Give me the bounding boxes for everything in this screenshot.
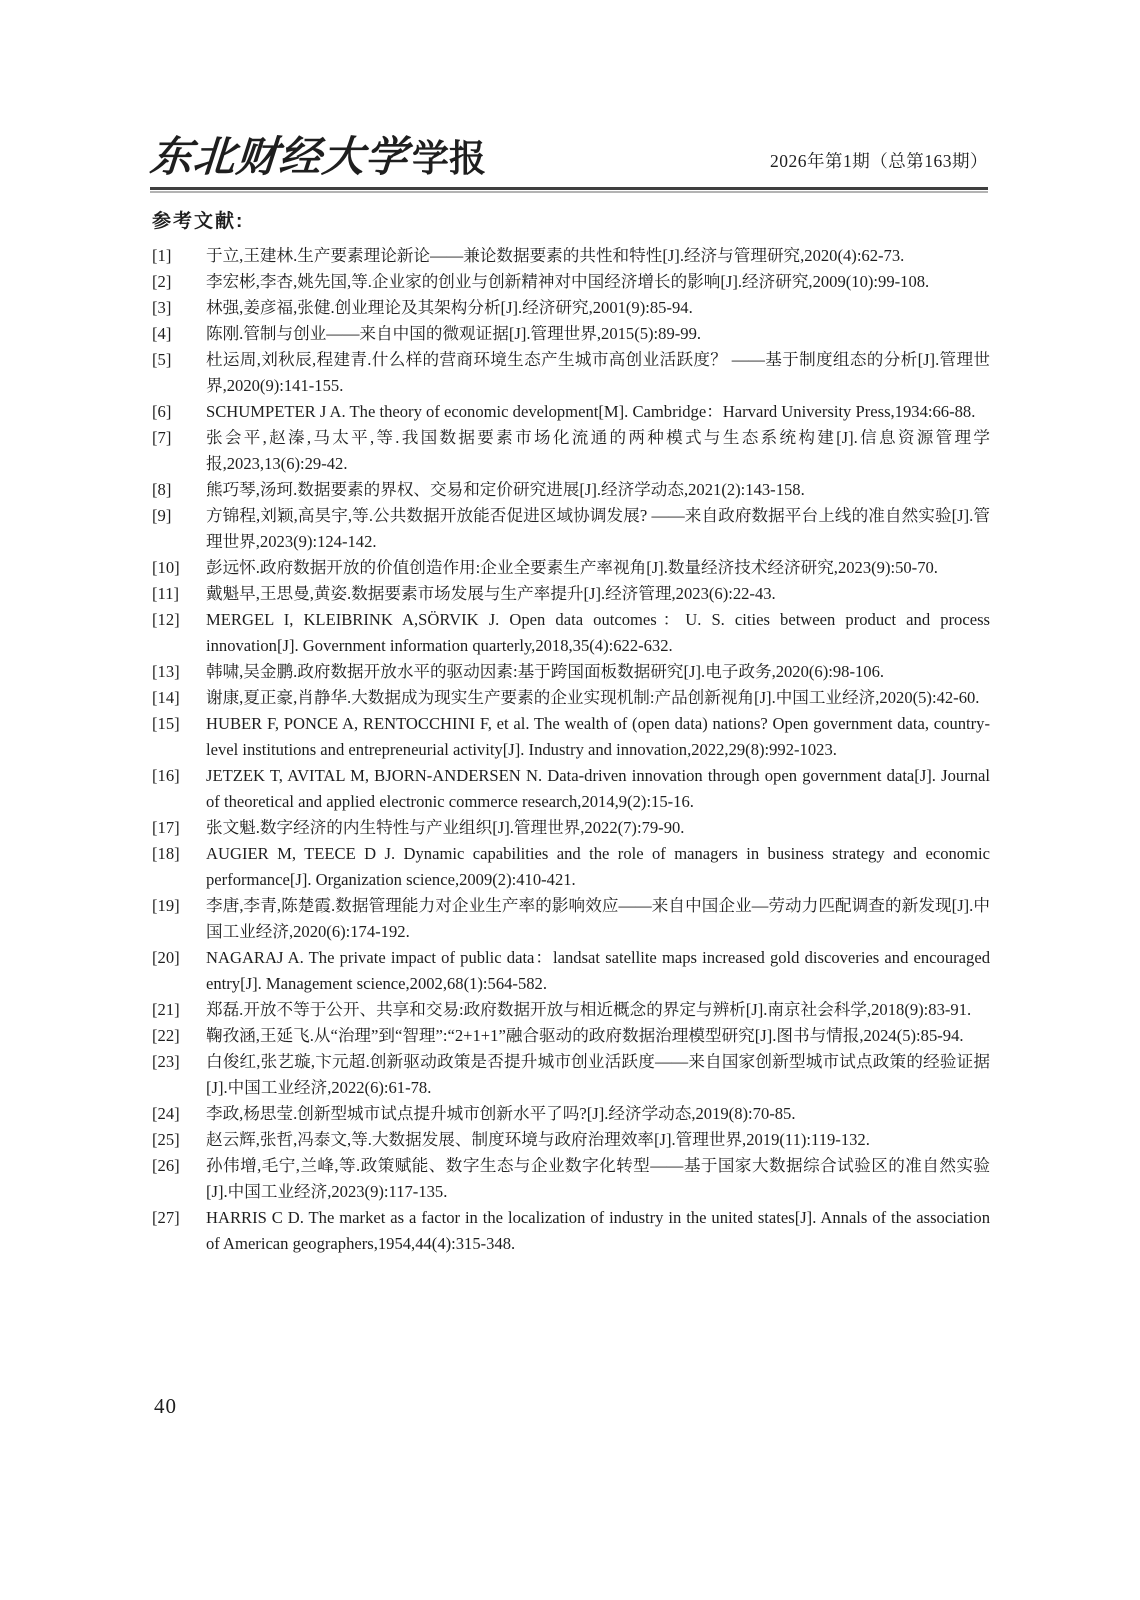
reference-number: [2] (152, 269, 206, 295)
reference-text: 李宏彬,李杏,姚先国,等.企业家的创业与创新精神对中国经济增长的影响[J].经济… (206, 269, 990, 295)
reference-number: [23] (152, 1049, 206, 1075)
reference-number: [20] (152, 945, 206, 971)
reference-item: [5]杜运周,刘秋辰,程建青.什么样的营商环境生态产生城市高创业活跃度？ ——基… (152, 347, 990, 399)
reference-item: [3]林强,姜彦福,张健.创业理论及其架构分析[J].经济研究,2001(9):… (152, 295, 990, 321)
reference-text: JETZEK T, AVITAL M, BJORN-ANDERSEN N. Da… (206, 763, 990, 815)
reference-item: [26]孙伟增,毛宁,兰峰,等.政策赋能、数字生态与企业数字化转型——基于国家大… (152, 1153, 990, 1205)
reference-number: [21] (152, 997, 206, 1023)
reference-number: [27] (152, 1205, 206, 1231)
reference-text: 林强,姜彦福,张健.创业理论及其架构分析[J].经济研究,2001(9):85-… (206, 295, 990, 321)
reference-number: [12] (152, 607, 206, 633)
reference-item: [9]方锦程,刘颖,高昊宇,等.公共数据开放能否促进区域协调发展? ——来自政府… (152, 503, 990, 555)
reference-number: [7] (152, 425, 206, 451)
reference-number: [8] (152, 477, 206, 503)
issue-info: 2026年第1期（总第163期） (770, 148, 988, 178)
reference-text: 张会平,赵溱,马太平,等.我国数据要素市场化流通的两种模式与生态系统构建[J].… (206, 425, 990, 477)
reference-text: HARRIS C D. The market as a factor in th… (206, 1205, 990, 1257)
reference-text: 孙伟增,毛宁,兰峰,等.政策赋能、数字生态与企业数字化转型——基于国家大数据综合… (206, 1153, 990, 1205)
reference-number: [17] (152, 815, 206, 841)
reference-item: [17]张文魁.数字经济的内生特性与产业组织[J].管理世界,2022(7):7… (152, 815, 990, 841)
reference-item: [11]戴魁早,王思曼,黄姿.数据要素市场发展与生产率提升[J].经济管理,20… (152, 581, 990, 607)
reference-number: [25] (152, 1127, 206, 1153)
references-heading: 参考文献: (152, 206, 244, 233)
reference-item: [12]MERGEL I, KLEIBRINK A,SÖRVIK J. Open… (152, 607, 990, 659)
reference-number: [6] (152, 399, 206, 425)
reference-item: [25]赵云辉,张哲,冯泰文,等.大数据发展、制度环境与政府治理效率[J].管理… (152, 1127, 990, 1153)
journal-logo-calligraphy: 东北财经大学 (149, 136, 410, 178)
reference-number: [19] (152, 893, 206, 919)
reference-item: [23]白俊红,张艺璇,卞元超.创新驱动政策是否提升城市创业活跃度——来自国家创… (152, 1049, 990, 1101)
reference-item: [13]韩啸,吴金鹏.政府数据开放水平的驱动因素:基于跨国面板数据研究[J].电… (152, 659, 990, 685)
header-rule (150, 187, 988, 193)
reference-text: 杜运周,刘秋辰,程建青.什么样的营商环境生态产生城市高创业活跃度？ ——基于制度… (206, 347, 990, 399)
reference-text: 李政,杨思莹.创新型城市试点提升城市创新水平了吗?[J].经济学动态,2019(… (206, 1101, 990, 1127)
reference-text: 戴魁早,王思曼,黄姿.数据要素市场发展与生产率提升[J].经济管理,2023(6… (206, 581, 990, 607)
reference-number: [14] (152, 685, 206, 711)
reference-text: 鞠孜涵,王延飞.从“治理”到“智理”:“2+1+1”融合驱动的政府数据治理模型研… (206, 1023, 990, 1049)
reference-item: [6]SCHUMPETER J A. The theory of economi… (152, 399, 990, 425)
reference-item: [19]李唐,李青,陈楚霞.数据管理能力对企业生产率的影响效应——来自中国企业—… (152, 893, 990, 945)
reference-number: [9] (152, 503, 206, 529)
reference-number: [16] (152, 763, 206, 789)
reference-item: [10]彭远怀.政府数据开放的价值创造作用:企业全要素生产率视角[J].数量经济… (152, 555, 990, 581)
reference-item: [14]谢康,夏正豪,肖静华.大数据成为现实生产要素的企业实现机制:产品创新视角… (152, 685, 990, 711)
reference-number: [18] (152, 841, 206, 867)
journal-logo-suffix: 学报 (412, 139, 486, 180)
reference-text: 于立,王建林.生产要素理论新论——兼论数据要素的共性和特性[J].经济与管理研究… (206, 243, 990, 269)
reference-number: [5] (152, 347, 206, 373)
reference-number: [15] (152, 711, 206, 737)
reference-item: [15]HUBER F, PONCE A, RENTOCCHINI F, et … (152, 711, 990, 763)
reference-number: [24] (152, 1101, 206, 1127)
reference-text: MERGEL I, KLEIBRINK A,SÖRVIK J. Open dat… (206, 607, 990, 659)
reference-item: [1]于立,王建林.生产要素理论新论——兼论数据要素的共性和特性[J].经济与管… (152, 243, 990, 269)
reference-text: 李唐,李青,陈楚霞.数据管理能力对企业生产率的影响效应——来自中国企业—劳动力匹… (206, 893, 990, 945)
page-number: 40 (154, 1394, 177, 1419)
reference-text: 谢康,夏正豪,肖静华.大数据成为现实生产要素的企业实现机制:产品创新视角[J].… (206, 685, 990, 711)
reference-item: [27]HARRIS C D. The market as a factor i… (152, 1205, 990, 1257)
reference-item: [24]李政,杨思莹.创新型城市试点提升城市创新水平了吗?[J].经济学动态,2… (152, 1101, 990, 1127)
reference-number: [10] (152, 555, 206, 581)
reference-text: 熊巧琴,汤珂.数据要素的界权、交易和定价研究进展[J].经济学动态,2021(2… (206, 477, 990, 503)
header-rule-dark-line (150, 187, 988, 190)
reference-item: [4]陈刚.管制与创业——来自中国的微观证据[J].管理世界,2015(5):8… (152, 321, 990, 347)
reference-number: [26] (152, 1153, 206, 1179)
header-rule-light-line (150, 191, 988, 193)
journal-logo: 东北财经大学学报 (150, 136, 486, 178)
reference-text: 张文魁.数字经济的内生特性与产业组织[J].管理世界,2022(7):79-90… (206, 815, 990, 841)
reference-number: [3] (152, 295, 206, 321)
reference-item: [8]熊巧琴,汤珂.数据要素的界权、交易和定价研究进展[J].经济学动态,202… (152, 477, 990, 503)
reference-item: [16]JETZEK T, AVITAL M, BJORN-ANDERSEN N… (152, 763, 990, 815)
reference-text: 郑磊.开放不等于公开、共享和交易:政府数据开放与相近概念的界定与辨析[J].南京… (206, 997, 990, 1023)
reference-text: 彭远怀.政府数据开放的价值创造作用:企业全要素生产率视角[J].数量经济技术经济… (206, 555, 990, 581)
reference-item: [7]张会平,赵溱,马太平,等.我国数据要素市场化流通的两种模式与生态系统构建[… (152, 425, 990, 477)
reference-text: 陈刚.管制与创业——来自中国的微观证据[J].管理世界,2015(5):89-9… (206, 321, 990, 347)
journal-page: 东北财经大学学报 2026年第1期（总第163期） 参考文献: [1]于立,王建… (0, 0, 1140, 1600)
reference-item: [22]鞠孜涵,王延飞.从“治理”到“智理”:“2+1+1”融合驱动的政府数据治… (152, 1023, 990, 1049)
page-header: 东北财经大学学报 2026年第1期（总第163期） (150, 136, 988, 178)
reference-number: [4] (152, 321, 206, 347)
reference-text: HUBER F, PONCE A, RENTOCCHINI F, et al. … (206, 711, 990, 763)
reference-item: [2]李宏彬,李杏,姚先国,等.企业家的创业与创新精神对中国经济增长的影响[J]… (152, 269, 990, 295)
reference-text: 方锦程,刘颖,高昊宇,等.公共数据开放能否促进区域协调发展? ——来自政府数据平… (206, 503, 990, 555)
reference-text: SCHUMPETER J A. The theory of economic d… (206, 399, 990, 425)
reference-text: NAGARAJ A. The private impact of public … (206, 945, 990, 997)
reference-number: [11] (152, 581, 206, 607)
references-list: [1]于立,王建林.生产要素理论新论——兼论数据要素的共性和特性[J].经济与管… (152, 243, 990, 1257)
reference-item: [20]NAGARAJ A. The private impact of pub… (152, 945, 990, 997)
reference-number: [1] (152, 243, 206, 269)
reference-text: 白俊红,张艺璇,卞元超.创新驱动政策是否提升城市创业活跃度——来自国家创新型城市… (206, 1049, 990, 1101)
reference-text: AUGIER M, TEECE D J. Dynamic capabilitie… (206, 841, 990, 893)
reference-item: [18]AUGIER M, TEECE D J. Dynamic capabil… (152, 841, 990, 893)
reference-number: [22] (152, 1023, 206, 1049)
reference-number: [13] (152, 659, 206, 685)
reference-text: 赵云辉,张哲,冯泰文,等.大数据发展、制度环境与政府治理效率[J].管理世界,2… (206, 1127, 990, 1153)
reference-item: [21]郑磊.开放不等于公开、共享和交易:政府数据开放与相近概念的界定与辨析[J… (152, 997, 990, 1023)
reference-text: 韩啸,吴金鹏.政府数据开放水平的驱动因素:基于跨国面板数据研究[J].电子政务,… (206, 659, 990, 685)
